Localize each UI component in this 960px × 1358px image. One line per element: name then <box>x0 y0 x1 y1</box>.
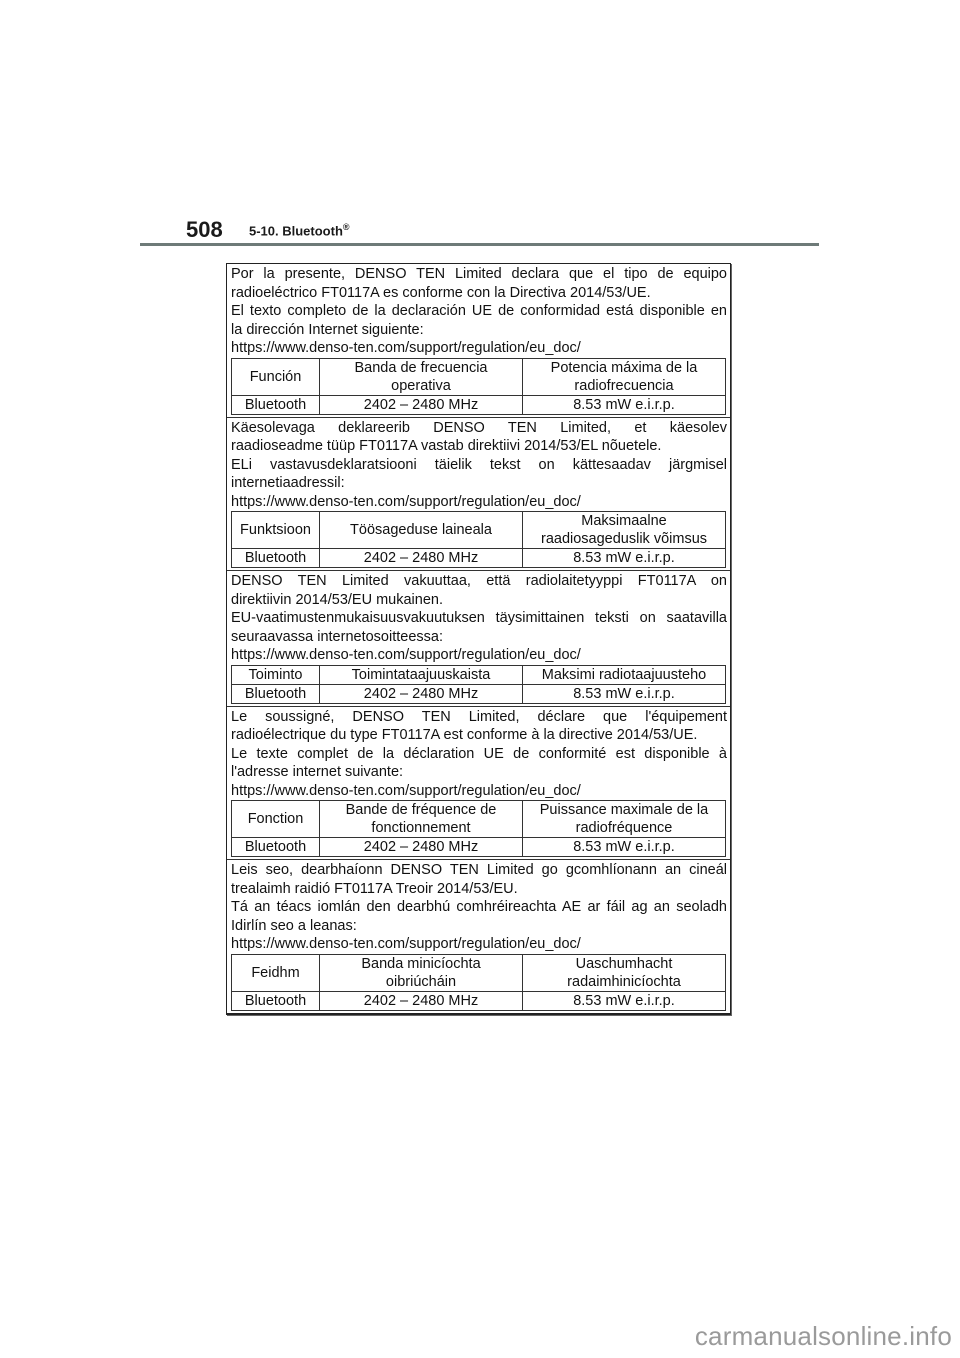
section-title: 5-10. Bluetooth® <box>249 222 350 238</box>
spec-header-cell: Funktsioon <box>232 512 320 549</box>
spec-cell: Bluetooth <box>232 838 320 857</box>
declaration-line: Idirlín seo a leanas: <box>231 917 727 936</box>
spec-table-header-row: ToimintoToimintataajuuskaistaMaksimi rad… <box>232 665 726 684</box>
spec-header-cell: Toimintataajuuskaista <box>320 665 523 684</box>
declaration-line: Por la presente, DENSO TEN Limited decla… <box>231 265 727 284</box>
declaration-line: ELi vastavusdeklaratsiooni täielik tekst… <box>231 456 727 475</box>
spec-cell: 2402 – 2480 MHz <box>320 838 523 857</box>
spec-header-cell: Maksimi radiotaajuusteho <box>523 665 726 684</box>
spec-cell: Bluetooth <box>232 684 320 703</box>
spec-table: FonctionBande de fréquence defonctionnem… <box>231 800 726 857</box>
declaration-text: Por la presente, DENSO TEN Limited decla… <box>227 264 730 358</box>
declaration-line: radioeléctrico FT0117A es conforme con l… <box>231 284 727 303</box>
spec-cell: 2402 – 2480 MHz <box>320 991 523 1010</box>
spec-table-row: Bluetooth2402 – 2480 MHz8.53 mW e.i.r.p. <box>232 395 726 414</box>
spec-cell: Bluetooth <box>232 549 320 568</box>
spec-header-cell: Función <box>232 358 320 395</box>
spec-header-cell: Feidhm <box>232 954 320 991</box>
declaration-line: trealaimh raidió FT0117A Treoir 2014/53/… <box>231 880 727 899</box>
declaration-line: la dirección Internet siguiente: <box>231 321 727 340</box>
spec-table-row: Bluetooth2402 – 2480 MHz8.53 mW e.i.r.p. <box>232 991 726 1010</box>
declaration-url: https://www.denso-ten.com/support/regula… <box>231 782 727 801</box>
header-divider <box>140 243 819 246</box>
declaration-line: seuraavassa internetosoitteessa: <box>231 628 727 647</box>
spec-header-cell: Potencia máxima de laradiofrecuencia <box>523 358 726 395</box>
declaration-line: direktiivin 2014/53/EU mukainen. <box>231 591 727 610</box>
spec-header-cell: Uaschumhachtradaimhinicíochta <box>523 954 726 991</box>
declaration-line: Käesolevaga deklareerib DENSO TEN Limite… <box>231 419 727 438</box>
spec-header-cell: Puissance maximale de laradiofréquence <box>523 801 726 838</box>
spec-header-cell: Banda minicíochtaoibriúcháin <box>320 954 523 991</box>
spec-cell: 2402 – 2480 MHz <box>320 684 523 703</box>
spec-cell: 2402 – 2480 MHz <box>320 395 523 414</box>
spec-cell: 8.53 mW e.i.r.p. <box>523 838 726 857</box>
spec-cell: 8.53 mW e.i.r.p. <box>523 395 726 414</box>
declaration-line: radioélectrique du type FT0117A est conf… <box>231 726 727 745</box>
spec-header-cell: Maksimaalneraadiosageduslik võimsus <box>523 512 726 549</box>
spec-cell: 8.53 mW e.i.r.p. <box>523 684 726 703</box>
declaration-url: https://www.denso-ten.com/support/regula… <box>231 646 727 665</box>
spec-header-cell: Bande de fréquence defonctionnement <box>320 801 523 838</box>
spec-header-cell: Toiminto <box>232 665 320 684</box>
spec-table: FeidhmBanda minicíochtaoibriúcháinUaschu… <box>231 954 726 1011</box>
registered-mark: ® <box>343 222 350 232</box>
declaration-text: Le soussigné, DENSO TEN Limited, déclare… <box>227 707 730 801</box>
spec-header-cell: Banda de frecuenciaoperativa <box>320 358 523 395</box>
declaration-section-fi: DENSO TEN Limited vakuuttaa, että radiol… <box>227 570 730 706</box>
spec-header-cell: Fonction <box>232 801 320 838</box>
section-title-text: 5-10. Bluetooth <box>249 223 343 238</box>
declaration-line: Leis seo, dearbhaíonn DENSO TEN Limited … <box>231 861 727 880</box>
page-number: 508 <box>186 217 223 243</box>
declaration-section-es: Por la presente, DENSO TEN Limited decla… <box>227 264 730 417</box>
declaration-line: El texto completo de la declaración UE d… <box>231 302 727 321</box>
declaration-text: Käesolevaga deklareerib DENSO TEN Limite… <box>227 418 730 512</box>
declaration-line: DENSO TEN Limited vakuuttaa, että radiol… <box>231 572 727 591</box>
declaration-text: Leis seo, dearbhaíonn DENSO TEN Limited … <box>227 860 730 954</box>
declaration-line: Le texte complet de la déclaration UE de… <box>231 745 727 764</box>
declaration-line: Le soussigné, DENSO TEN Limited, déclare… <box>231 708 727 727</box>
spec-table: FunciónBanda de frecuenciaoperativaPoten… <box>231 358 726 415</box>
declaration-line: Tá an téacs iomlán den dearbhú comhréire… <box>231 898 727 917</box>
spec-header-cell: Töösageduse laineala <box>320 512 523 549</box>
spec-cell: Bluetooth <box>232 395 320 414</box>
declaration-url: https://www.denso-ten.com/support/regula… <box>231 493 727 512</box>
spec-table-header-row: FeidhmBanda minicíochtaoibriúcháinUaschu… <box>232 954 726 991</box>
declaration-line: internetiaadressil: <box>231 474 727 493</box>
spec-cell: 8.53 mW e.i.r.p. <box>523 991 726 1010</box>
spec-table-row: Bluetooth2402 – 2480 MHz8.53 mW e.i.r.p. <box>232 549 726 568</box>
spec-table-header-row: FunktsioonTöösageduse lainealaMaksimaaln… <box>232 512 726 549</box>
declaration-section-fr: Le soussigné, DENSO TEN Limited, déclare… <box>227 706 730 860</box>
declaration-section-ga: Leis seo, dearbhaíonn DENSO TEN Limited … <box>227 859 730 1013</box>
declaration-url: https://www.denso-ten.com/support/regula… <box>231 339 727 358</box>
spec-table-row: Bluetooth2402 – 2480 MHz8.53 mW e.i.r.p. <box>232 684 726 703</box>
declaration-text: DENSO TEN Limited vakuuttaa, että radiol… <box>227 571 730 665</box>
declaration-frame: Por la presente, DENSO TEN Limited decla… <box>226 263 731 1015</box>
spec-cell: 2402 – 2480 MHz <box>320 549 523 568</box>
spec-table-header-row: FunciónBanda de frecuenciaoperativaPoten… <box>232 358 726 395</box>
spec-table-row: Bluetooth2402 – 2480 MHz8.53 mW e.i.r.p. <box>232 838 726 857</box>
spec-table: ToimintoToimintataajuuskaistaMaksimi rad… <box>231 665 726 704</box>
spec-table: FunktsioonTöösageduse lainealaMaksimaaln… <box>231 511 726 568</box>
declaration-line: EU-vaatimustenmukaisuusvakuutuksen täysi… <box>231 609 727 628</box>
watermark: carmanualsonline.info <box>695 1321 952 1352</box>
declaration-line: raadioseadme tüüp FT0117A vastab direkti… <box>231 437 727 456</box>
declaration-url: https://www.denso-ten.com/support/regula… <box>231 935 727 954</box>
declaration-section-et: Käesolevaga deklareerib DENSO TEN Limite… <box>227 417 730 571</box>
spec-table-header-row: FonctionBande de fréquence defonctionnem… <box>232 801 726 838</box>
declaration-line: l'adresse internet suivante: <box>231 763 727 782</box>
spec-cell: 8.53 mW e.i.r.p. <box>523 549 726 568</box>
spec-cell: Bluetooth <box>232 991 320 1010</box>
